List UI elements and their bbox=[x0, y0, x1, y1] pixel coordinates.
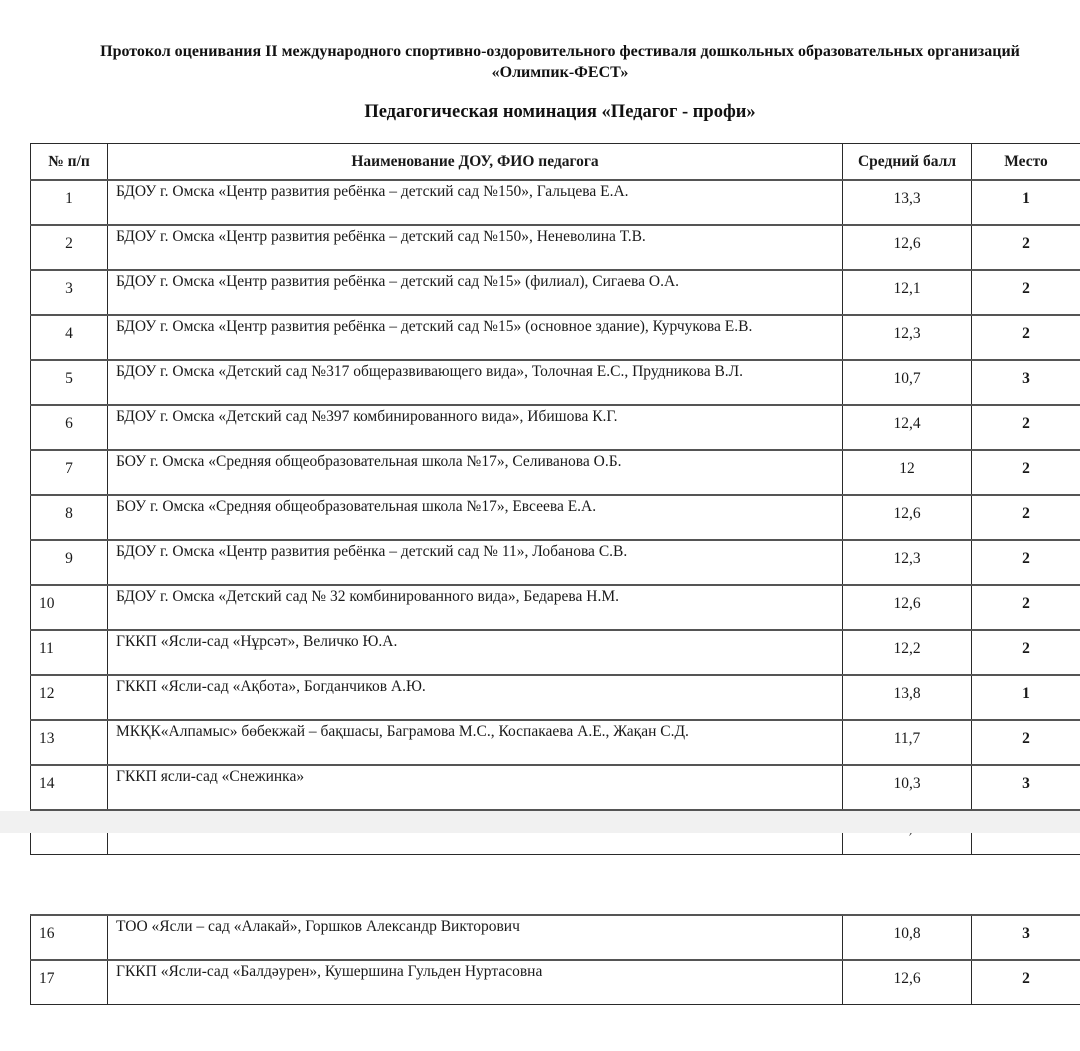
cell-number: 17 bbox=[31, 960, 108, 1005]
results-table-continuation: 16ТОО «Ясли – сад «Алакай», Горшков Алек… bbox=[30, 914, 1080, 1005]
cell-name: БДОУ г. Омска «Центр развития ребёнка – … bbox=[108, 270, 843, 315]
cell-place: 2 bbox=[972, 225, 1080, 270]
cell-name: БОУ г. Омска «Средняя общеобразовательна… bbox=[108, 495, 843, 540]
cell-number: 16 bbox=[31, 915, 108, 960]
table-row: 13МКҚК«Алпамыс» бөбекжай – бақшасы, Багр… bbox=[31, 720, 1080, 765]
cell-number: 12 bbox=[31, 675, 108, 720]
cell-place: 2 bbox=[972, 270, 1080, 315]
document-title: Протокол оценивания II международного сп… bbox=[40, 41, 1080, 83]
cell-score: 13,8 bbox=[843, 675, 972, 720]
cell-name: БОУ г. Омска «Средняя общеобразовательна… bbox=[108, 450, 843, 495]
table-row: 2БДОУ г. Омска «Центр развития ребёнка –… bbox=[31, 225, 1080, 270]
cell-number: 8 bbox=[31, 495, 108, 540]
header-name: Наименование ДОУ, ФИО педагога bbox=[108, 144, 843, 181]
cell-name: ГККП «Ясли-сад «Ақбота», Богданчиков А.Ю… bbox=[108, 675, 843, 720]
cell-number: 4 bbox=[31, 315, 108, 360]
cell-place: 3 bbox=[972, 360, 1080, 405]
cell-number: 6 bbox=[31, 405, 108, 450]
table-row: 10БДОУ г. Омска «Детский сад № 32 комбин… bbox=[31, 585, 1080, 630]
header-score: Средний балл bbox=[843, 144, 972, 181]
header-place: Место bbox=[972, 144, 1080, 181]
table-row: 9БДОУ г. Омска «Центр развития ребёнка –… bbox=[31, 540, 1080, 585]
cell-place: 2 bbox=[972, 495, 1080, 540]
cell-number: 10 bbox=[31, 585, 108, 630]
cell-number: 13 bbox=[31, 720, 108, 765]
page-1: Протокол оценивания II международного сп… bbox=[0, 0, 1080, 810]
cell-score: 12,6 bbox=[843, 495, 972, 540]
cell-place: 1 bbox=[972, 180, 1080, 225]
cell-score: 12,6 bbox=[843, 585, 972, 630]
cell-place: 2 bbox=[972, 450, 1080, 495]
cell-name: БДОУ г. Омска «Центр развития ребёнка – … bbox=[108, 540, 843, 585]
table-row: 12ГККП «Ясли-сад «Ақбота», Богданчиков А… bbox=[31, 675, 1080, 720]
cell-name: БДОУ г. Омска «Центр развития ребёнка – … bbox=[108, 180, 843, 225]
cell-place: 2 bbox=[972, 405, 1080, 450]
nomination-heading: Педагогическая номинация «Педагог - проф… bbox=[40, 101, 1080, 123]
header-number: № п/п bbox=[31, 144, 108, 181]
cell-name: ГККП «Ясли-сад «Нұрсәт», Величко Ю.А. bbox=[108, 630, 843, 675]
cell-place: 2 bbox=[972, 315, 1080, 360]
cell-name: БДОУ г. Омска «Детский сад №397 комбинир… bbox=[108, 405, 843, 450]
table-row: 7БОУ г. Омска «Средняя общеобразовательн… bbox=[31, 450, 1080, 495]
cell-score: 12,4 bbox=[843, 405, 972, 450]
cell-place: 2 bbox=[972, 540, 1080, 585]
cell-name: БДОУ г. Омска «Детский сад № 32 комбинир… bbox=[108, 585, 843, 630]
cell-number: 9 bbox=[31, 540, 108, 585]
cell-number: 7 bbox=[31, 450, 108, 495]
cell-number: 11 bbox=[31, 630, 108, 675]
page-break bbox=[0, 811, 1080, 833]
cell-place: 2 bbox=[972, 960, 1080, 1005]
table-header-row: № п/п Наименование ДОУ, ФИО педагога Сре… bbox=[31, 144, 1080, 181]
cell-score: 12,3 bbox=[843, 315, 972, 360]
cell-name: ГККП «Ясли-сад «Балдәурен», Кушершина Гу… bbox=[108, 960, 843, 1005]
cell-name: МКҚК«Алпамыс» бөбекжай – бақшасы, Баграм… bbox=[108, 720, 843, 765]
cell-name: БДОУ г. Омска «Центр развития ребёнка – … bbox=[108, 315, 843, 360]
cell-place: 3 bbox=[972, 765, 1080, 810]
table-row: 11ГККП «Ясли-сад «Нұрсәт», Величко Ю.А.1… bbox=[31, 630, 1080, 675]
cell-score: 12,6 bbox=[843, 225, 972, 270]
cell-score: 10,7 bbox=[843, 360, 972, 405]
cell-place: 2 bbox=[972, 585, 1080, 630]
cell-number: 3 bbox=[31, 270, 108, 315]
cell-name: ТОО «Ясли – сад «Алакай», Горшков Алекса… bbox=[108, 915, 843, 960]
cell-place: 2 bbox=[972, 630, 1080, 675]
cell-place: 3 bbox=[972, 915, 1080, 960]
table-row: 6БДОУ г. Омска «Детский сад №397 комбини… bbox=[31, 405, 1080, 450]
cell-name: ГККП ясли-сад «Снежинка» bbox=[108, 765, 843, 810]
cell-name: БДОУ г. Омска «Детский сад №317 общеразв… bbox=[108, 360, 843, 405]
cell-number: 1 bbox=[31, 180, 108, 225]
table-row: 8БОУ г. Омска «Средняя общеобразовательн… bbox=[31, 495, 1080, 540]
cell-score: 12,3 bbox=[843, 540, 972, 585]
cell-score: 12,1 bbox=[843, 270, 972, 315]
cell-score: 12 bbox=[843, 450, 972, 495]
table-row: 14ГККП ясли-сад «Снежинка»10,33 bbox=[31, 765, 1080, 810]
cell-score: 11,7 bbox=[843, 720, 972, 765]
table-row: 4БДОУ г. Омска «Центр развития ребёнка –… bbox=[31, 315, 1080, 360]
cell-place: 1 bbox=[972, 675, 1080, 720]
cell-score: 12,6 bbox=[843, 960, 972, 1005]
cell-number: 5 bbox=[31, 360, 108, 405]
cell-number: 2 bbox=[31, 225, 108, 270]
table-row: 3БДОУ г. Омска «Центр развития ребёнка –… bbox=[31, 270, 1080, 315]
cell-place: 2 bbox=[972, 720, 1080, 765]
cell-score: 10,3 bbox=[843, 765, 972, 810]
document-title-line-2: «Олимпик-ФЕСТ» bbox=[40, 62, 1080, 83]
results-table: № п/п Наименование ДОУ, ФИО педагога Сре… bbox=[30, 143, 1080, 855]
cell-number: 14 bbox=[31, 765, 108, 810]
table-row: 17ГККП «Ясли-сад «Балдәурен», Кушершина … bbox=[31, 960, 1080, 1005]
cell-score: 12,2 bbox=[843, 630, 972, 675]
table-row: 5БДОУ г. Омска «Детский сад №317 общераз… bbox=[31, 360, 1080, 405]
table-row: 1БДОУ г. Омска «Центр развития ребёнка –… bbox=[31, 180, 1080, 225]
document-title-line-1: Протокол оценивания II международного сп… bbox=[40, 41, 1080, 62]
cell-score: 13,3 bbox=[843, 180, 972, 225]
table-row: 16ТОО «Ясли – сад «Алакай», Горшков Алек… bbox=[31, 915, 1080, 960]
cell-score: 10,8 bbox=[843, 915, 972, 960]
cell-name: БДОУ г. Омска «Центр развития ребёнка – … bbox=[108, 225, 843, 270]
